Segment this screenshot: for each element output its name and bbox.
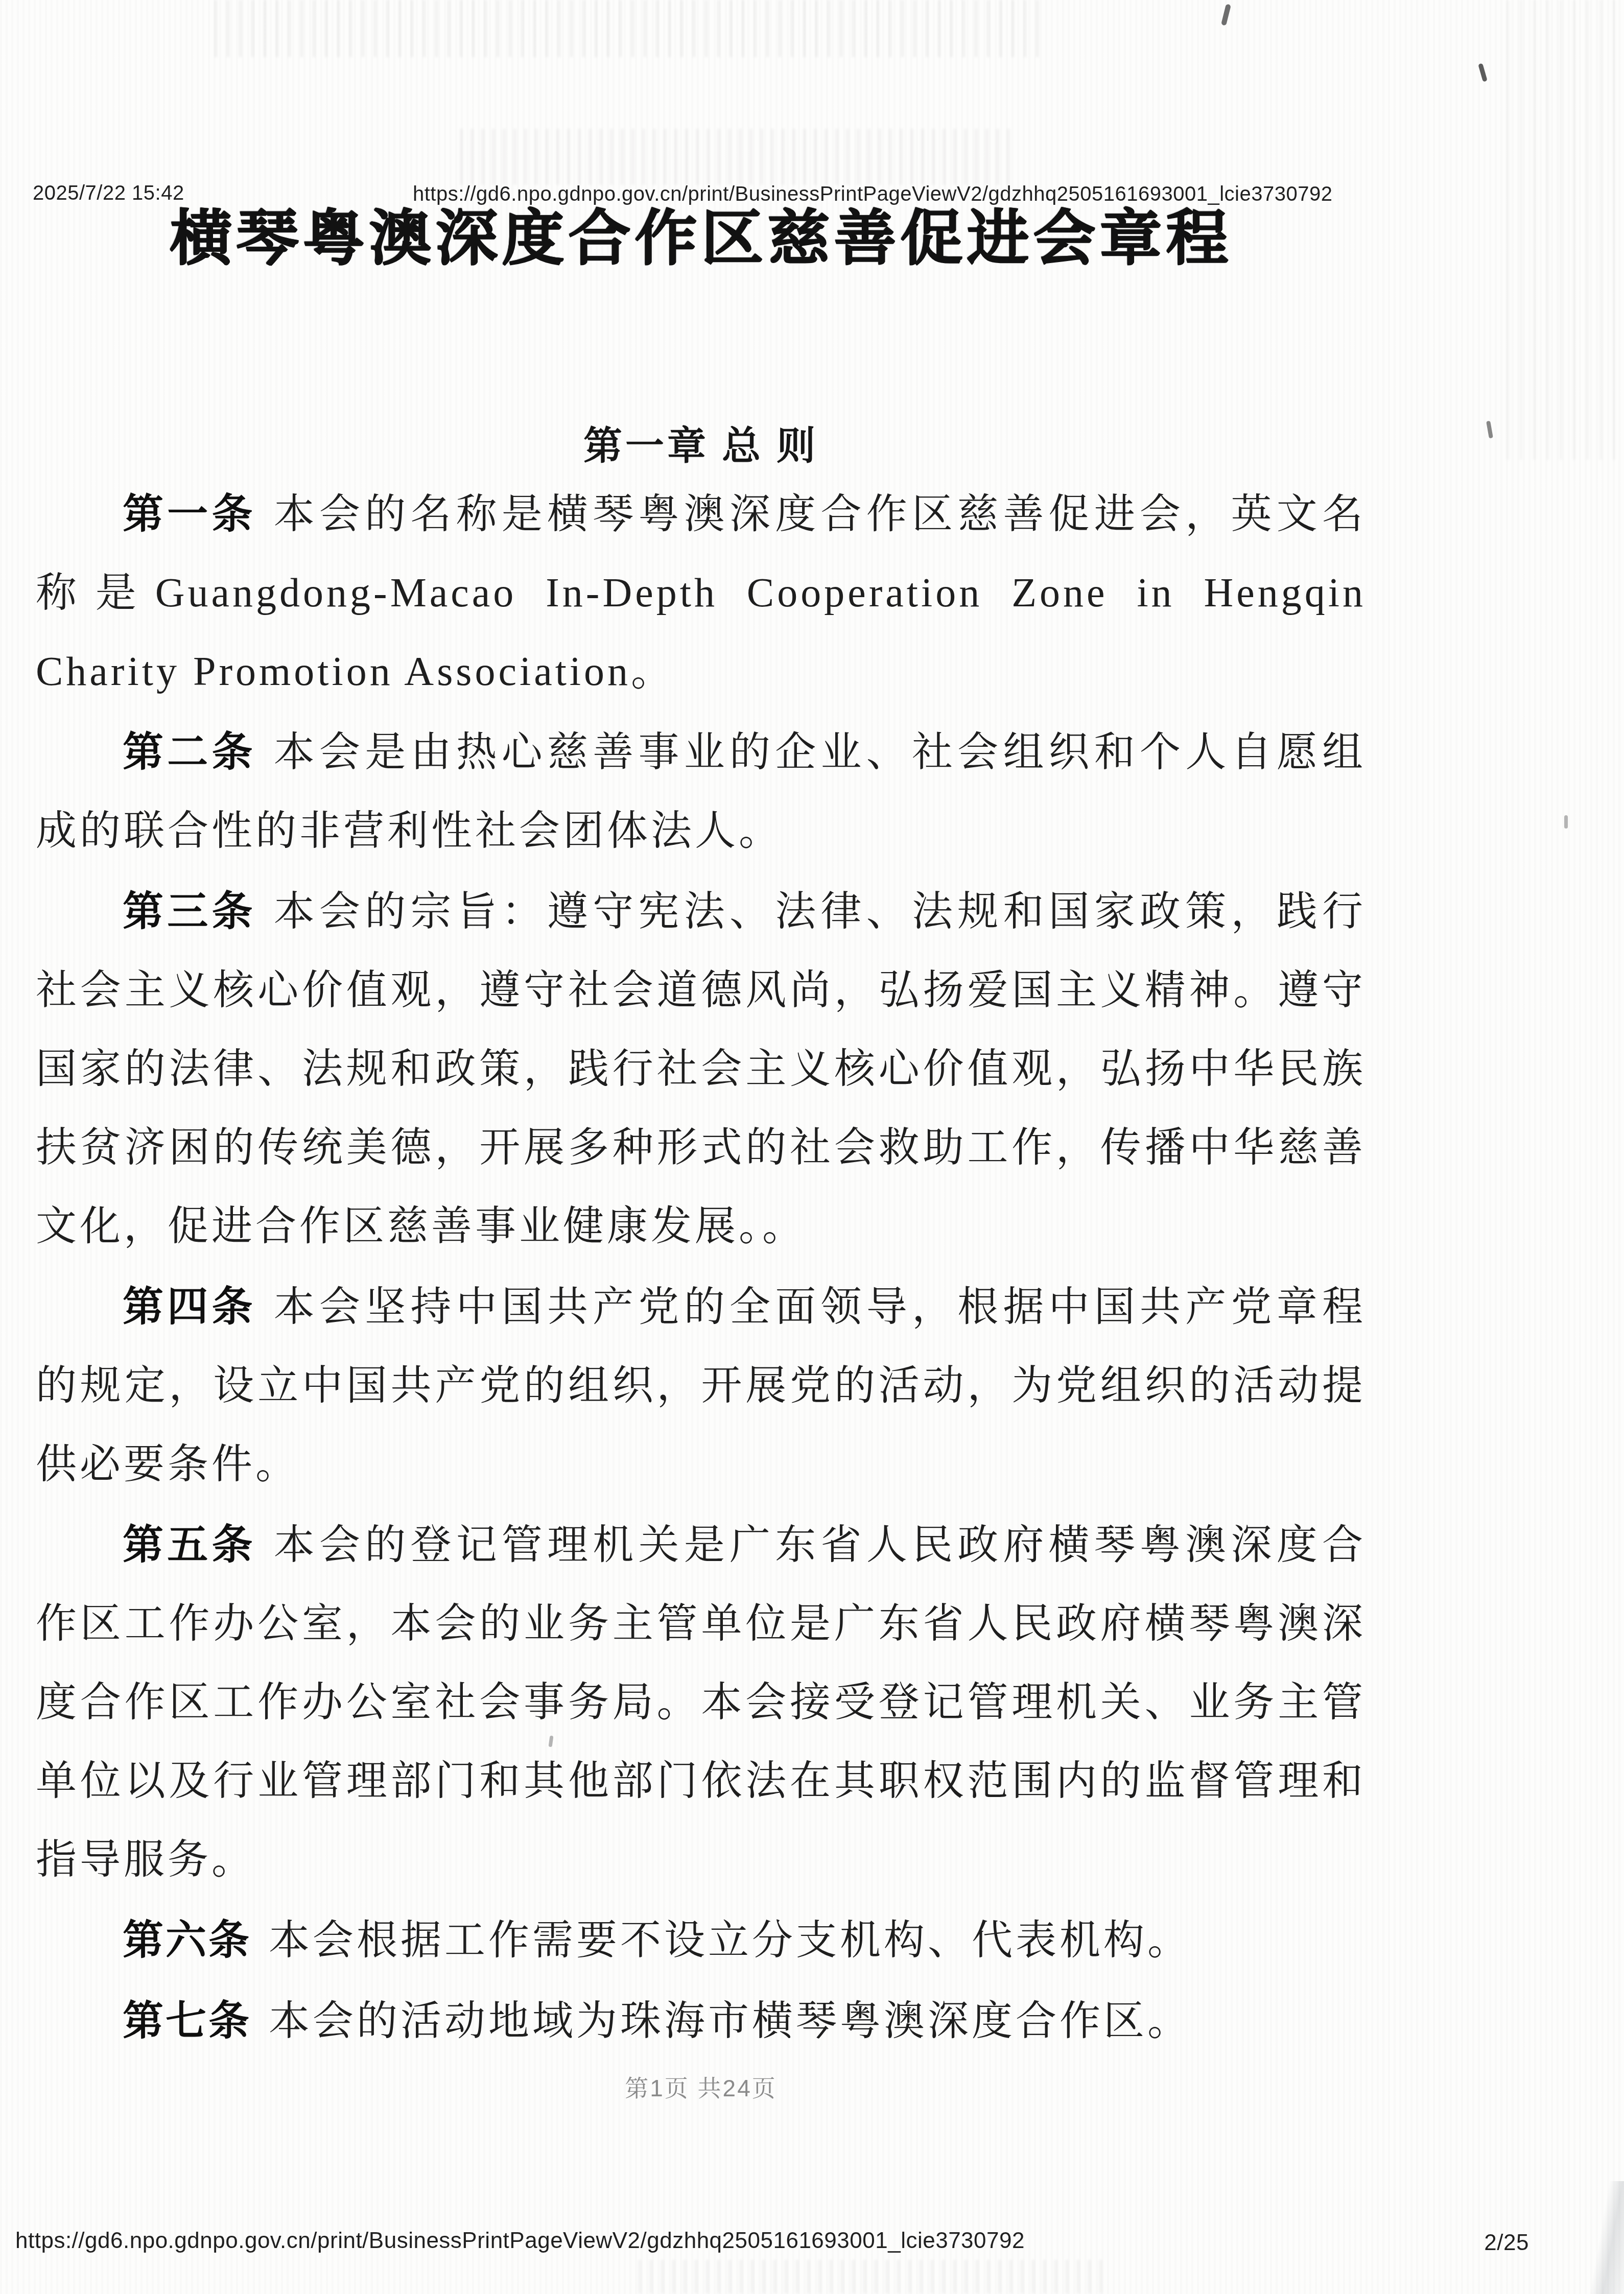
article-label: 第六条 <box>123 1918 251 1963</box>
scanned-print-page: 2025/7/22 15:42 https://gd6.npo.gdnpo.go… <box>0 0 1624 2294</box>
scan-streaks-right <box>1507 0 1624 460</box>
print-footer-url: https://gd6.npo.gdnpo.gov.cn/print/Busin… <box>15 2228 1025 2254</box>
article-paragraph: 第四条本会坚持中国共产党的全面领导，根据中国共产党章程的规定，设立中国共产党的组… <box>36 1268 1366 1504</box>
articles: 第一条本会的名称是横琴粤澳深度合作区慈善促进会，英文名称是Guangdong-M… <box>36 475 1366 2061</box>
article-text: 本会的登记管理机关是广东省人民政府横琴粤澳深度合作区工作办公室，本会的业务主管单… <box>36 1523 1366 1882</box>
article-paragraph: 第六条本会根据工作需要不设立分支机构、代表机构。 <box>36 1901 1366 1980</box>
article-paragraph: 第五条本会的登记管理机关是广东省人民政府横琴粤澳深度合作区工作办公室，本会的业务… <box>36 1506 1366 1899</box>
scan-streaks-bottom <box>639 2260 1109 2293</box>
article-label: 第四条 <box>123 1285 256 1330</box>
article-text: 本会的宗旨：遵守宪法、法律、法规和国家政策，践行社会主义核心价值观，遵守社会道德… <box>36 889 1366 1249</box>
article-paragraph: 第二条本会是由热心慈善事业的企业、社会组织和个人自愿组成的联合性的非营利性社会团… <box>36 713 1366 870</box>
print-page-number: 2/25 <box>1484 2230 1529 2256</box>
document-title: 横琴粤澳深度合作区慈善促进会章程 <box>36 202 1366 276</box>
article-label: 第七条 <box>123 1999 251 2044</box>
article-paragraph: 第七条本会的活动地域为珠海市横琴粤澳深度合作区。 <box>36 1982 1366 2061</box>
scan-corner-shadow <box>1588 2181 1624 2294</box>
scan-speck <box>1564 815 1568 829</box>
article-text: 本会根据工作需要不设立分支机构、代表机构。 <box>269 1918 1191 1963</box>
scan-speck <box>1478 63 1488 82</box>
article-paragraph: 第三条本会的宗旨：遵守宪法、法律、法规和国家政策，践行社会主义核心价值观，遵守社… <box>36 872 1366 1266</box>
article-paragraph: 第一条本会的名称是横琴粤澳深度合作区慈善促进会，英文名称是Guangdong-M… <box>36 475 1366 711</box>
chapter-heading: 第一章 总 则 <box>36 422 1366 471</box>
article-label: 第一条 <box>123 492 256 537</box>
article-label: 第二条 <box>123 730 256 775</box>
article-label: 第三条 <box>123 889 256 934</box>
article-label: 第五条 <box>123 1523 256 1568</box>
document-page-footer: 第1页 共24页 <box>36 2070 1366 2103</box>
scan-speck <box>1486 421 1493 439</box>
article-text: 本会的活动地域为珠海市横琴粤澳深度合作区。 <box>269 1999 1191 2044</box>
document-body: 横琴粤澳深度合作区慈善促进会章程 第一章 总 则 第一条本会的名称是横琴粤澳深度… <box>36 0 1366 2103</box>
